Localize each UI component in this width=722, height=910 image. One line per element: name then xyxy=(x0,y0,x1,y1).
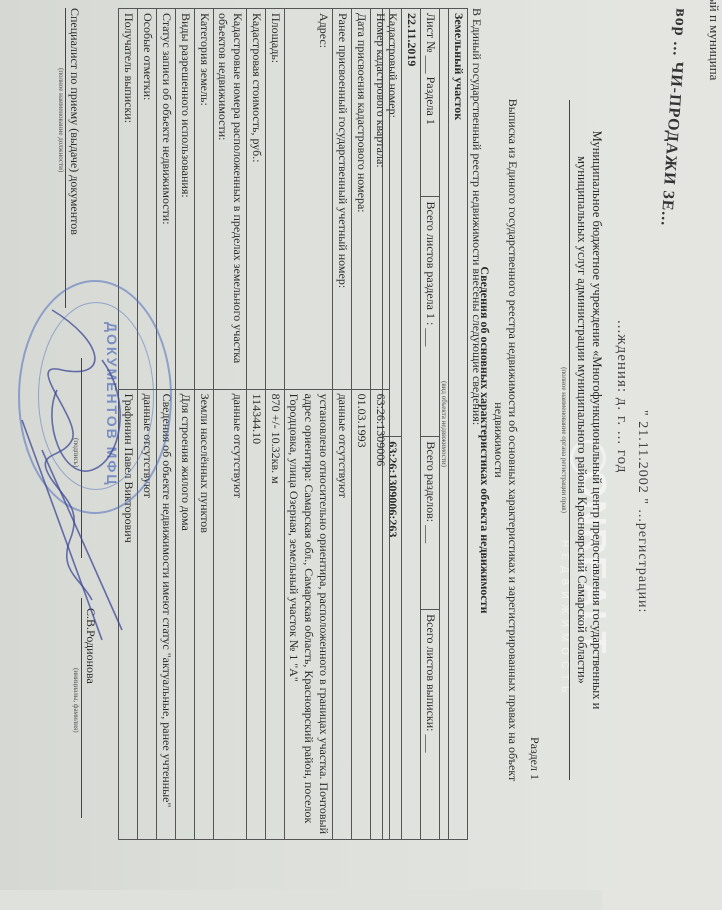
field-label: Кадастровые номера расположенных в преде… xyxy=(214,9,247,390)
initials-caption: (инициалы, фамилия) xyxy=(72,668,80,733)
sections-total: Всего разделов: ___ xyxy=(421,437,440,610)
handwritten-signature-icon xyxy=(2,300,142,660)
extract-date: 22.11.2019 xyxy=(402,9,421,840)
field-label: Номер кадастрового квартала: xyxy=(371,9,390,390)
field-value: 63:26:1309006 xyxy=(371,389,390,839)
section-label: Раздел 1 xyxy=(527,737,542,780)
field-label: Виды разрешенного использования: xyxy=(176,9,195,390)
sheets-total: Всего листов выписки: ___ xyxy=(421,610,440,840)
table-row: Категория земель:Земли населённых пункто… xyxy=(195,9,214,840)
table-row: Дата присвоения кадастрового номера:01.0… xyxy=(352,9,371,840)
field-label: Категория земель: xyxy=(195,9,214,390)
object-type: Земельный участок xyxy=(449,9,468,840)
underlying-corner-text: ый п муниципа xyxy=(706,0,722,80)
table-row: Кадастровая стоимость, руб.:114344.10 xyxy=(247,9,266,840)
underlying-line: " 21.11.2002 " ...регистрации: xyxy=(634,410,650,613)
field-label: Кадастровая стоимость, руб.: xyxy=(247,9,266,390)
object-type-caption: (вид объекта недвижимости) xyxy=(440,9,449,840)
organization-caption: (полное наименование органа регистрации … xyxy=(560,100,568,780)
field-value: 114344.10 xyxy=(247,389,266,839)
extract-content: Муниципальное бюджетное учреждение «Мног… xyxy=(20,0,612,890)
underlying-line: ...ждения: д. г. ... год xyxy=(613,320,630,473)
object-header-table: Земельный участок (вид объекта недвижимо… xyxy=(382,8,468,840)
field-value: данные отсутствуют xyxy=(214,389,247,839)
underlying-heading: вор ... ЧИ-ПРОДАЖИ ЗЕ... xyxy=(656,8,689,227)
document-sheet: ый п муниципа вор ... ЧИ-ПРОДАЖИ ЗЕ... .… xyxy=(0,0,722,910)
table-row: Номер кадастрового квартала:63:26:130900… xyxy=(371,9,390,840)
field-label: Ранее присвоенный государственный учетны… xyxy=(333,9,352,390)
organization-name: Муниципальное бюджетное учреждение «Мног… xyxy=(574,100,604,740)
sheet-number: Лист № ___ Раздела 1 xyxy=(421,9,440,197)
position-caption: (полное наименование должности) xyxy=(57,68,65,172)
field-value: Земли населённых пунктов xyxy=(195,389,214,839)
field-label: Дата присвоения кадастрового номера: xyxy=(352,9,371,390)
table-row: Площадь:870 +/- 10.32кв. м xyxy=(266,9,285,840)
underlying-page: ый п муниципа вор ... ЧИ-ПРОДАЖИ ЗЕ... .… xyxy=(602,0,722,910)
intro-text: В Единый государственный реестр недвижим… xyxy=(469,8,484,425)
field-value: 01.03.1993 xyxy=(352,389,371,839)
field-label: Адрес: xyxy=(285,9,333,390)
title-line: Выписка из Единого государственного реес… xyxy=(492,60,520,820)
table-row: Адрес:установлено относительно ориентира… xyxy=(285,9,333,840)
field-label: Площадь: xyxy=(266,9,285,390)
table-row: Ранее присвоенный государственный учетны… xyxy=(333,9,352,840)
field-value: данные отсутствуют xyxy=(333,389,352,839)
field-value: установлено относительно ориентира, расп… xyxy=(285,389,333,839)
table-row: Виды разрешенного использования:Для стро… xyxy=(176,9,195,840)
table-row: Кадастровые номера расположенных в преде… xyxy=(214,9,247,840)
field-value: 870 +/- 10.32кв. м xyxy=(266,389,285,839)
extract-title: Выписка из Единого государственного реес… xyxy=(478,60,520,820)
divider xyxy=(65,8,66,308)
extract-page: ONREALT НЕДВИЖИМОСТЬ Муниципальное бюдже… xyxy=(0,0,612,890)
divider xyxy=(569,100,570,780)
sheets-in-section: Всего листов раздела 1 : ___ xyxy=(421,197,440,437)
field-value: Для строения жилого дома xyxy=(176,389,195,839)
